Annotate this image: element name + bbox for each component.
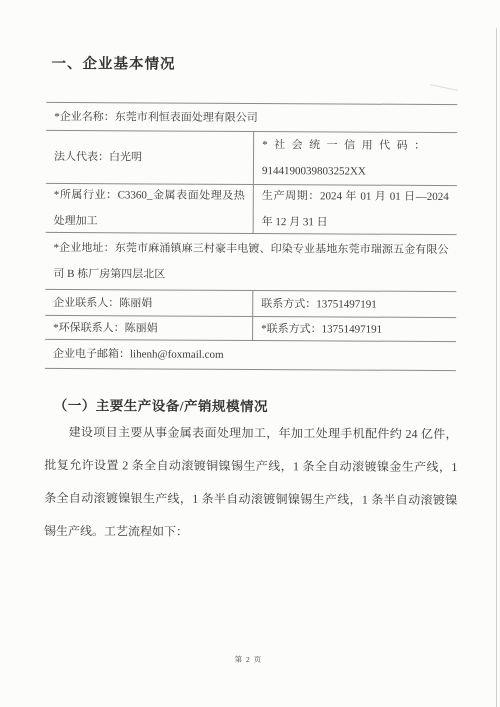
credit-code-label: *社会统一信用代码： [262,132,449,159]
page-number: 第 2 页 [0,653,498,667]
company-info-table: *企业名称：东莞市利恒表面处理有限公司 法人代表：白光明 *社会统一信用代码： … [45,102,457,371]
table-row-company-name: *企业名称：东莞市利恒表面处理有限公司 [46,103,457,133]
document-sheet: 一、企业基本情况 *企业名称：东莞市利恒表面处理有限公司 法人代表：白光明 *社… [0,0,500,707]
env-contact-phone-cell: *联系方式：13751497191 [252,317,456,341]
email-cell: 企业电子邮箱：lihenh@foxmail.com [45,340,456,370]
credit-code-cell: *社会统一信用代码： 9144190039803252XX [253,132,457,185]
scanned-document-page: 一、企业基本情况 *企业名称：东莞市利恒表面处理有限公司 法人代表：白光明 *社… [0,0,500,707]
credit-code-value: 9144190039803252XX [262,158,449,185]
table-row-address: *企业地址：东莞市麻涌镇麻三村豪丰电镀、印染专业基地东莞市瑞源五金有限公司 B … [45,233,456,292]
contact-person-cell: 企业联系人：陈丽娟 [45,290,252,316]
contact-phone-cell: 联系方式：13751497191 [252,291,456,317]
table-row-legal-rep-credit-code: 法人代表：白光明 *社会统一信用代码： 9144190039803252XX [46,131,457,186]
table-row-industry-period: *所属行业：C3360_金属表面处理及热处理加工 生产周期：2024 年 01 … [46,184,457,235]
table-row-email: 企业电子邮箱：lihenh@foxmail.com [45,340,456,371]
table-row-env-contact: *环保联系人：陈丽娟 *联系方式：13751497191 [45,316,456,342]
address-cell: *企业地址：东莞市麻涌镇麻三村豪丰电镀、印染专业基地东莞市瑞源五金有限公司 B … [45,233,456,291]
production-period-cell: 生产周期：2024 年 01 月 01 日—2024 年 12 月 31 日 [253,185,457,234]
section-title: 一、企业基本情况 [51,52,175,74]
legal-rep-cell: 法人代表：白光明 [46,131,253,184]
subsection-title: （一）主要生产设备/产销规模情况 [54,394,268,415]
scan-edge-artifact [496,28,497,707]
env-contact-person-cell: *环保联系人：陈丽娟 [45,316,252,340]
body-paragraph: 建设项目主要从事金属表面处理加工，年加工处理手机配件约 24 亿件，批复允许设置… [44,416,458,550]
industry-cell: *所属行业：C3360_金属表面处理及热处理加工 [46,184,253,233]
table-row-contact: 企业联系人：陈丽娟 联系方式：13751497191 [45,290,456,318]
company-name-cell: *企业名称：东莞市利恒表面处理有限公司 [46,103,457,132]
